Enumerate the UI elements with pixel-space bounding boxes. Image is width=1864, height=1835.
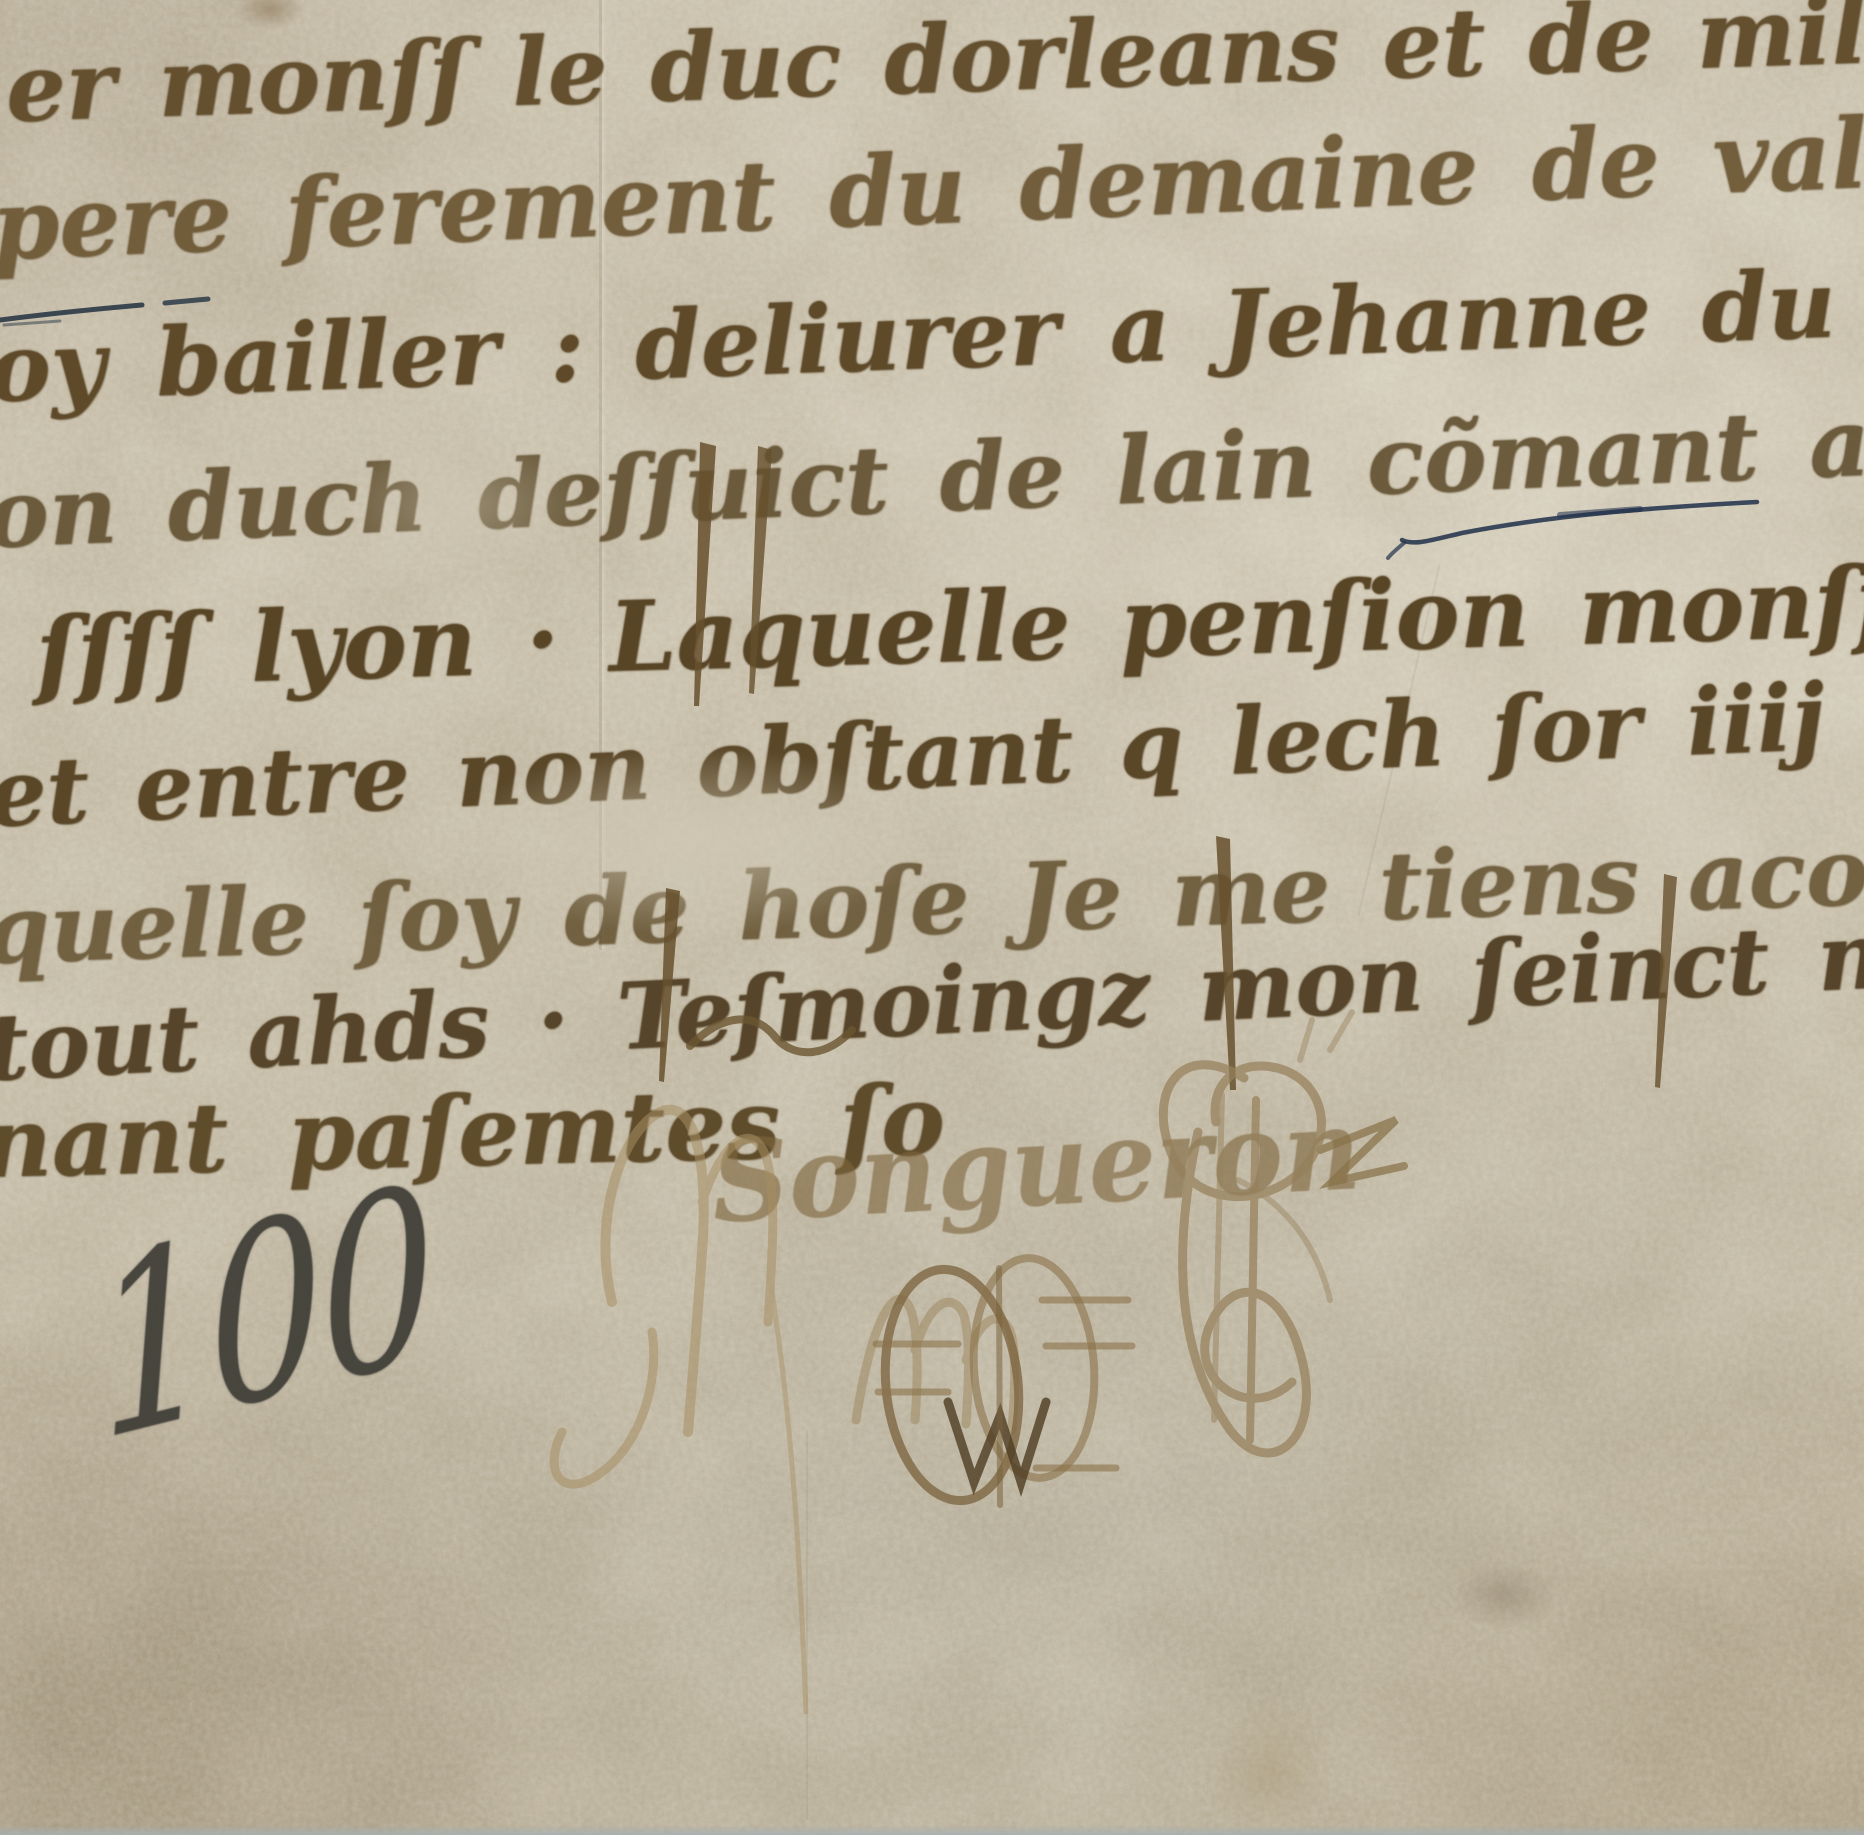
ink-descender-strokes: [659, 442, 1677, 1090]
paraph-m-small: [856, 1299, 1015, 1430]
line-end-flourish: [690, 1019, 852, 1052]
ink-strike-left: [0, 299, 208, 325]
ink-strike-right: [1388, 502, 1757, 558]
parchment-document: er monſſ le duc dorleans et de milan et …: [0, 0, 1864, 1835]
monogram-flourish-right: [1163, 1012, 1404, 1453]
paraph-m-flourish: [554, 1110, 806, 1712]
photo-bottom-edge: [0, 1826, 1864, 1835]
ink-marks-layer: [0, 0, 1864, 1835]
